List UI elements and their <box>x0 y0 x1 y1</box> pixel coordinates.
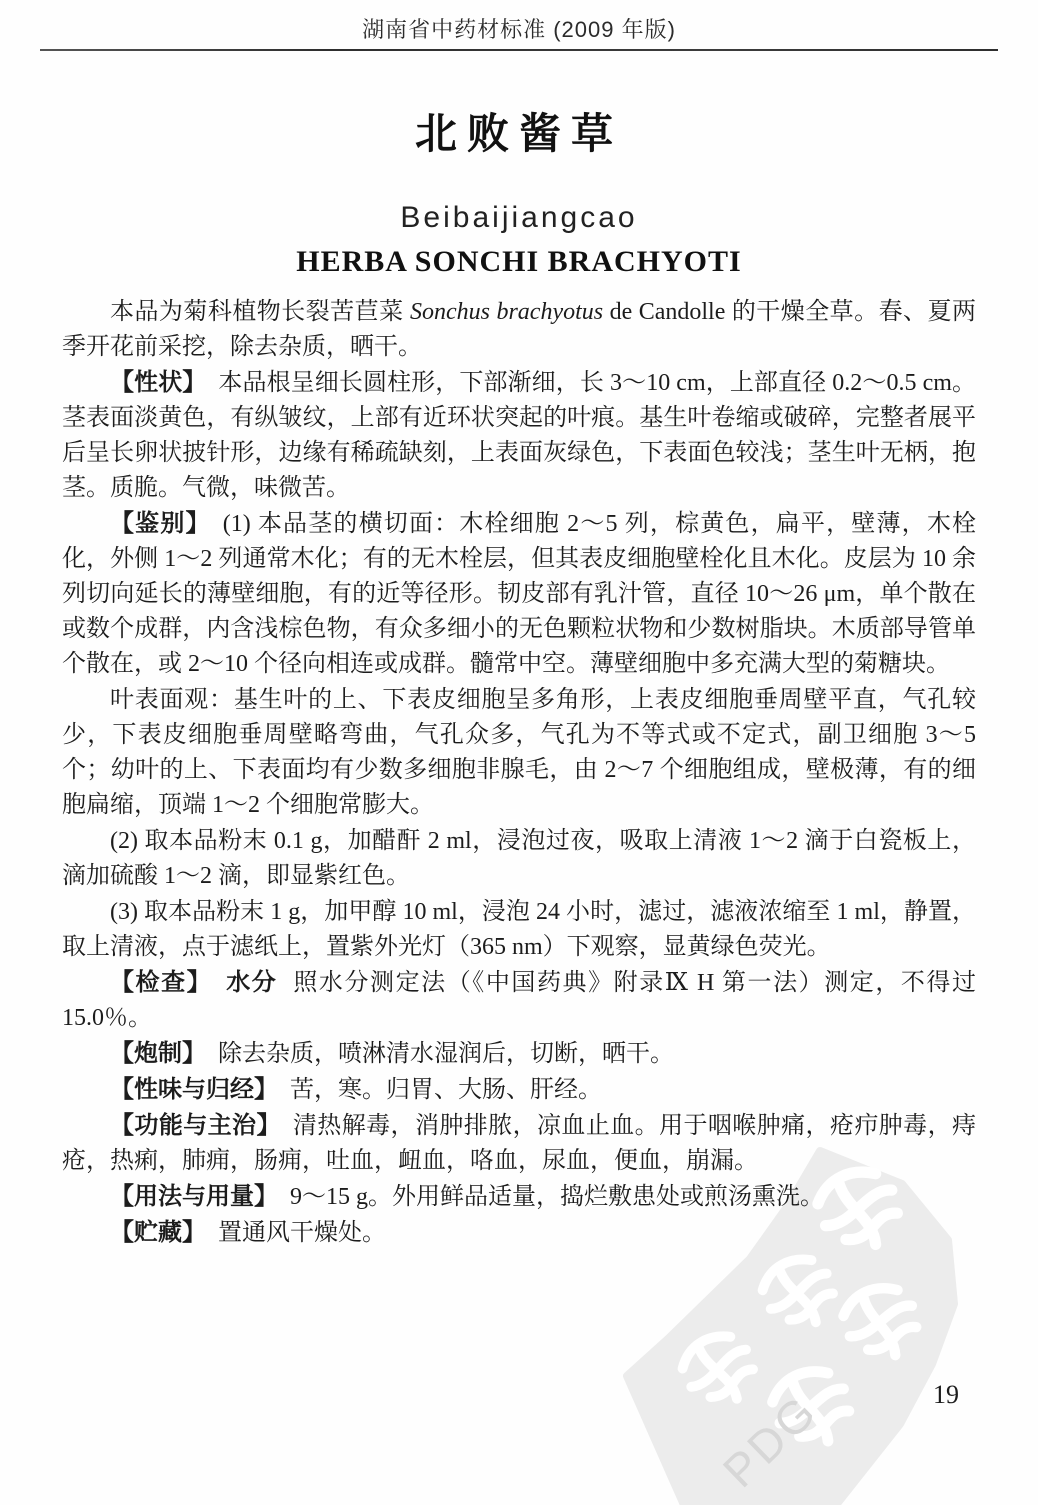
section-text: 9～15 g。外用鲜品适量，捣烂敷患处或煎汤熏洗。 <box>290 1184 824 1210</box>
section-label: 【用法与用量】 <box>110 1183 278 1210</box>
section-paozhi: 【炮制】除去杂质，喷淋清水湿润后，切断，晒干。 <box>62 1036 976 1072</box>
seal-glyph-icon <box>834 1275 929 1370</box>
section-jianbie-2: (2) 取本品粉末 0.1 g，加醋酐 2 ml，浸泡过夜，吸取上清液 1～2 … <box>62 823 976 894</box>
section-sublabel: 水分 <box>226 969 277 996</box>
watermark-pdg-text: PDG <box>713 1384 827 1497</box>
section-yongfa-yongliang: 【用法与用量】9～15 g。外用鲜品适量，捣烂敷患处或煎汤熏洗。 <box>62 1179 976 1215</box>
header-rule <box>40 49 998 51</box>
seal-glyph-icon <box>763 1358 863 1458</box>
section-label: 【鉴别】 <box>110 510 211 537</box>
section-xingwei-guijing: 【性味与归经】苦，寒。归胃、大肠、肝经。 <box>62 1072 976 1108</box>
section-text: (3) 取本品粉末 1 g，加甲醇 10 ml，浸泡 24 小时，滤过，滤液浓缩… <box>62 899 976 960</box>
page-header: 湖南省中药材标准 (2009 年版) <box>0 0 1038 51</box>
section-text: 叶表面观：基生叶的上、下表皮细胞呈多角形，上表皮细胞垂周壁平直，气孔较少，下表皮… <box>62 687 976 818</box>
section-label: 【性味与归经】 <box>110 1076 278 1103</box>
section-label: 【贮藏】 <box>110 1219 206 1246</box>
section-text: (2) 取本品粉末 0.1 g，加醋酐 2 ml，浸泡过夜，吸取上清液 1～2 … <box>62 828 976 889</box>
section-jianbie: 【鉴别】(1) 本品茎的横切面：木栓细胞 2～5 列，棕黄色，扁平，壁薄，木栓化… <box>62 506 976 682</box>
section-text: 置通风干燥处。 <box>218 1220 386 1246</box>
document-page: 湖南省中药材标准 (2009 年版) 北败酱草 Beibaijiangcao H… <box>0 0 1038 1505</box>
intro-pre: 本品为菊科植物长裂苦苣菜 <box>110 299 410 325</box>
section-jiancha: 【检查】水分照水分测定法（《中国药典》附录Ⅸ H 第一法）测定，不得过 15.0… <box>62 965 976 1036</box>
running-head: 湖南省中药材标准 (2009 年版) <box>0 0 1038 44</box>
intro-paragraph: 本品为菊科植物长裂苦苣菜 Sonchus brachyotus de Cando… <box>62 295 976 365</box>
section-jianbie-leaf: 叶表面观：基生叶的上、下表皮细胞呈多角形，上表皮细胞垂周壁平直，气孔较少，下表皮… <box>62 682 976 823</box>
section-text: 除去杂质，喷淋清水湿润后，切断，晒干。 <box>218 1041 674 1067</box>
section-label: 【检查】 <box>110 969 212 996</box>
title-pinyin: Beibaijiangcao <box>0 201 1038 235</box>
section-xingzhuang: 【性状】本品根呈细长圆柱形，下部渐细，长 3～10 cm，上部直径 0.2～0.… <box>62 365 976 506</box>
page-title: 北败酱草 <box>0 101 1038 161</box>
section-zhucang: 【贮藏】置通风干燥处。 <box>62 1215 976 1251</box>
section-label: 【性状】 <box>110 369 206 396</box>
section-text: 苦，寒。归胃、大肠、肝经。 <box>290 1077 602 1103</box>
section-label: 【炮制】 <box>110 1040 206 1067</box>
body-text: 本品为菊科植物长裂苦苣菜 Sonchus brachyotus de Cando… <box>62 295 976 1251</box>
section-jianbie-3: (3) 取本品粉末 1 g，加甲醇 10 ml，浸泡 24 小时，滤过，滤液浓缩… <box>62 894 976 965</box>
section-label: 【功能与主治】 <box>110 1112 281 1139</box>
title-latin: HERBA SONCHI BRACHYOTI <box>0 245 1038 279</box>
section-gongneng-zhuzhi: 【功能与主治】清热解毒，消肿排脓，凉血止血。用于咽喉肿痛，疮疖肿毒，痔疮，热痢，… <box>62 1108 976 1179</box>
intro-latin-name: Sonchus brachyotus <box>410 299 603 325</box>
page-number: 19 <box>933 1380 959 1410</box>
seal-glyph-icon <box>673 1323 766 1416</box>
seal-glyph-icon <box>753 1246 846 1339</box>
